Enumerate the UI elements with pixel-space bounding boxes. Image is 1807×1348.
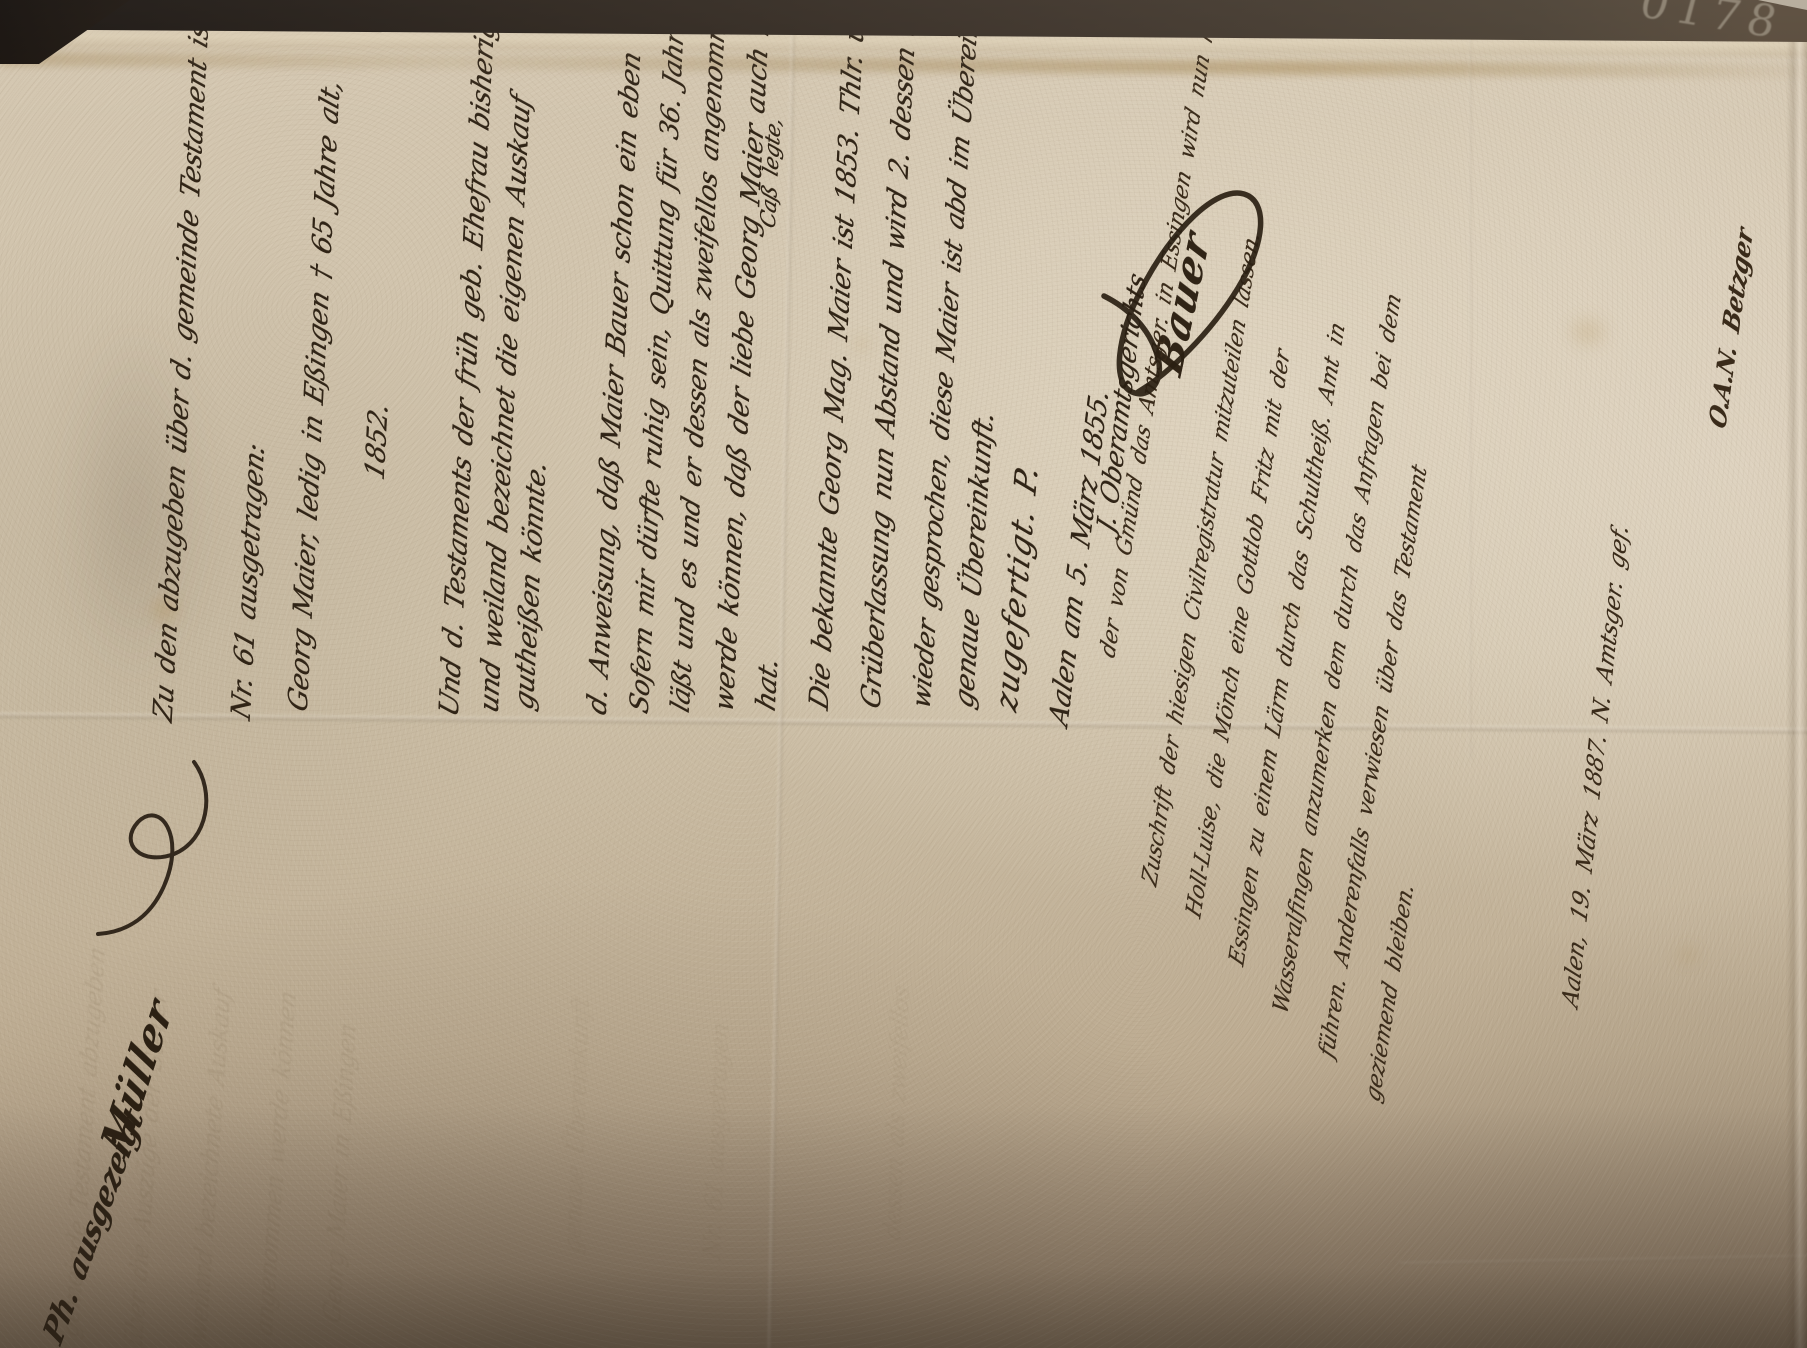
manuscript-photo: 0178 Ph. ausgezeigtMüllerZu den abzugebe… xyxy=(0,0,1807,1348)
handwritten-line: Georg Maier, ledig in Eßingen † 65 Jahre… xyxy=(285,95,344,715)
marginal-note: Caß legte, xyxy=(758,128,784,231)
ghost-line: angenommen werde können xyxy=(252,971,301,1339)
closing-flourish-word: zugefertigt. P. xyxy=(992,463,1043,716)
ink-stain xyxy=(1556,306,1620,358)
page-right-edge xyxy=(1786,0,1807,1348)
ghost-line: dessen als zweifellos xyxy=(880,935,914,1243)
handwritten-line: gutheißen könnte. xyxy=(511,552,546,713)
year-heading: 1852. xyxy=(362,388,393,483)
ghost-line: Nr. 61 ausgetragen xyxy=(700,925,735,1263)
handwritten-line: genaue Übereinkunft. xyxy=(951,465,994,712)
betzger-signature: O.A.N. Betzger xyxy=(1706,163,1765,433)
fold-crease-horizontal-small xyxy=(1400,1254,1807,1265)
ink-stain xyxy=(851,334,873,354)
ghost-line: genaue Übereinkunft xyxy=(560,938,595,1256)
fold-crease-horizontal xyxy=(0,712,1807,734)
handwritten-line: Grüberlassung nun Abstand und wird 2. de… xyxy=(858,52,919,712)
mueller-flourish xyxy=(82,748,222,938)
handwritten-line: Die bekannte Georg Mag. Maier ist 1853. … xyxy=(806,53,867,713)
fold-crease-vertical-faint xyxy=(1468,30,1472,760)
bauer-paraph-flourish xyxy=(1098,168,1268,418)
paper-shading xyxy=(40,270,230,740)
ink-stain xyxy=(1668,938,1708,972)
handwritten-line: hat. xyxy=(753,623,784,714)
handwritten-line: Nr. 61 ausgetragen: xyxy=(228,506,265,723)
ghost-line: Georg Maier in Eßingen xyxy=(320,1018,359,1326)
